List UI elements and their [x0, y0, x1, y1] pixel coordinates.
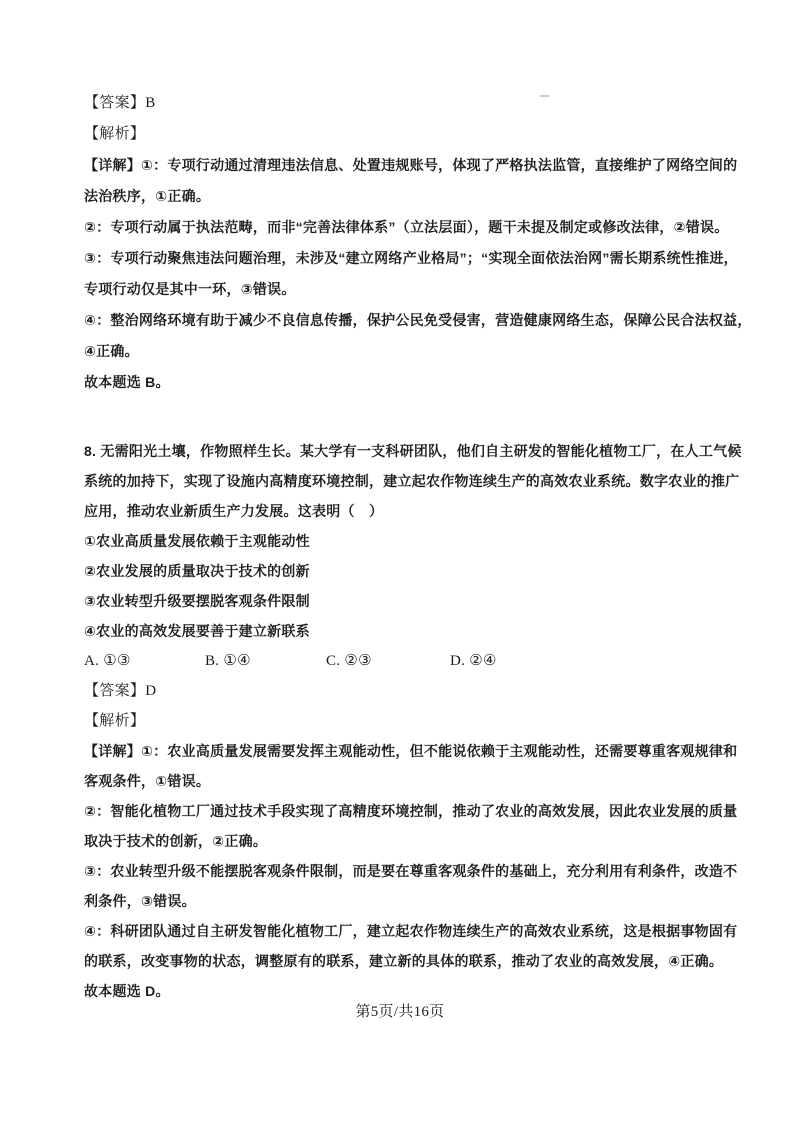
q8-choice-1: ①农业高质量发展依赖于主观能动性 [84, 526, 740, 556]
q8-option-a: A. ①③ [84, 646, 205, 676]
q8-detail-line: 取决于技术的创新，②正确。 [84, 826, 740, 856]
q7-conclusion-line: 故本题选 B。 [84, 367, 740, 398]
q7-detail-line: ④：整治网络环境有助于减少不良信息传播，保护公民免受侵害，营造健康网络生态，保障… [84, 305, 740, 336]
document-page: 【答案】B 【解析】 【详解】①：专项行动通过清理违法信息、处置违规账号，体现了… [0, 0, 800, 1132]
q7-detail-line: 法治秩序，①正确。 [84, 181, 740, 212]
q8-detail-line: ③：农业转型升级不能摆脱客观条件限制，而是要在尊重客观条件的基础上，充分利用有利… [84, 856, 740, 886]
page-content: 【答案】B 【解析】 【详解】①：专项行动通过清理违法信息、处置违规账号，体现了… [84, 88, 740, 1006]
q8-stem-line: 8. 无需阳光土壤，作物照样生长。某大学有一支科研团队，他们自主研发的智能化植物… [84, 436, 740, 466]
q8-stem-line: 系统的加持下，实现了设施内高精度环境控制，建立起农作物连续生产的高效农业系统。数… [84, 466, 740, 496]
q7-detail-line: 【详解】①：专项行动通过清理违法信息、处置违规账号，体现了严格执法监管，直接维护… [84, 150, 740, 181]
page-number-indicator: 第5页/共16页 [355, 1004, 444, 1020]
q8-choice-2: ②农业发展的质量取决于技术的创新 [84, 556, 740, 586]
q7-explanation-block: 【答案】B 【解析】 【详解】①：专项行动通过清理违法信息、处置违规账号，体现了… [84, 88, 740, 398]
q8-option-b: B. ①④ [205, 646, 326, 676]
q7-detail-line: ③：专项行动聚焦违法问题治理，未涉及“建立网络产业格局”；“实现全面依法治网”需… [84, 243, 740, 274]
q7-analysis-label: 【解析】 [84, 119, 740, 150]
q7-detail-line: ④正确。 [84, 336, 740, 367]
q8-answer-line: 【答案】D [84, 676, 740, 706]
q7-answer-line: 【答案】B [84, 88, 740, 119]
q8-stem-line: 应用，推动农业新质生产力发展。这表明（ ） [84, 496, 740, 526]
q7-detail-line: 专项行动仅是其中一环，③错误。 [84, 274, 740, 305]
q8-detail-line: 利条件，③错误。 [84, 886, 740, 916]
q8-option-c: C. ②③ [326, 646, 450, 676]
question-8-block: 8. 无需阳光土壤，作物照样生长。某大学有一支科研团队，他们自主研发的智能化植物… [84, 436, 740, 1006]
q8-detail-line: 客观条件，①错误。 [84, 766, 740, 796]
q8-option-d: D. ②④ [450, 646, 497, 676]
q7-detail-line: ②：专项行动属于执法范畴，而非“完善法律体系”（立法层面），题干未提及制定或修改… [84, 212, 740, 243]
q8-detail-line: ②：智能化植物工厂通过技术手段实现了高精度环境控制，推动了农业的高效发展，因此农… [84, 796, 740, 826]
page-footer: 第5页/共16页 [0, 1000, 800, 1024]
q8-analysis-label: 【解析】 [84, 706, 740, 736]
q8-choice-4: ④农业的高效发展要善于建立新联系 [84, 616, 740, 646]
q8-detail-line: ④：科研团队通过自主研发智能化植物工厂，建立起农作物连续生产的高效农业系统，这是… [84, 916, 740, 946]
q8-choice-3: ③农业转型升级要摆脱客观条件限制 [84, 586, 740, 616]
q8-detail-line: 的联系，改变事物的状态，调整原有的联系，建立新的具体的联系，推动了农业的高效发展… [84, 946, 740, 976]
q8-options-row: A. ①③ B. ①④ C. ②③ D. ②④ [84, 646, 740, 676]
q8-detail-line: 【详解】①：农业高质量发展需要发挥主观能动性，但不能说依赖于主观能动性，还需要尊… [84, 736, 740, 766]
